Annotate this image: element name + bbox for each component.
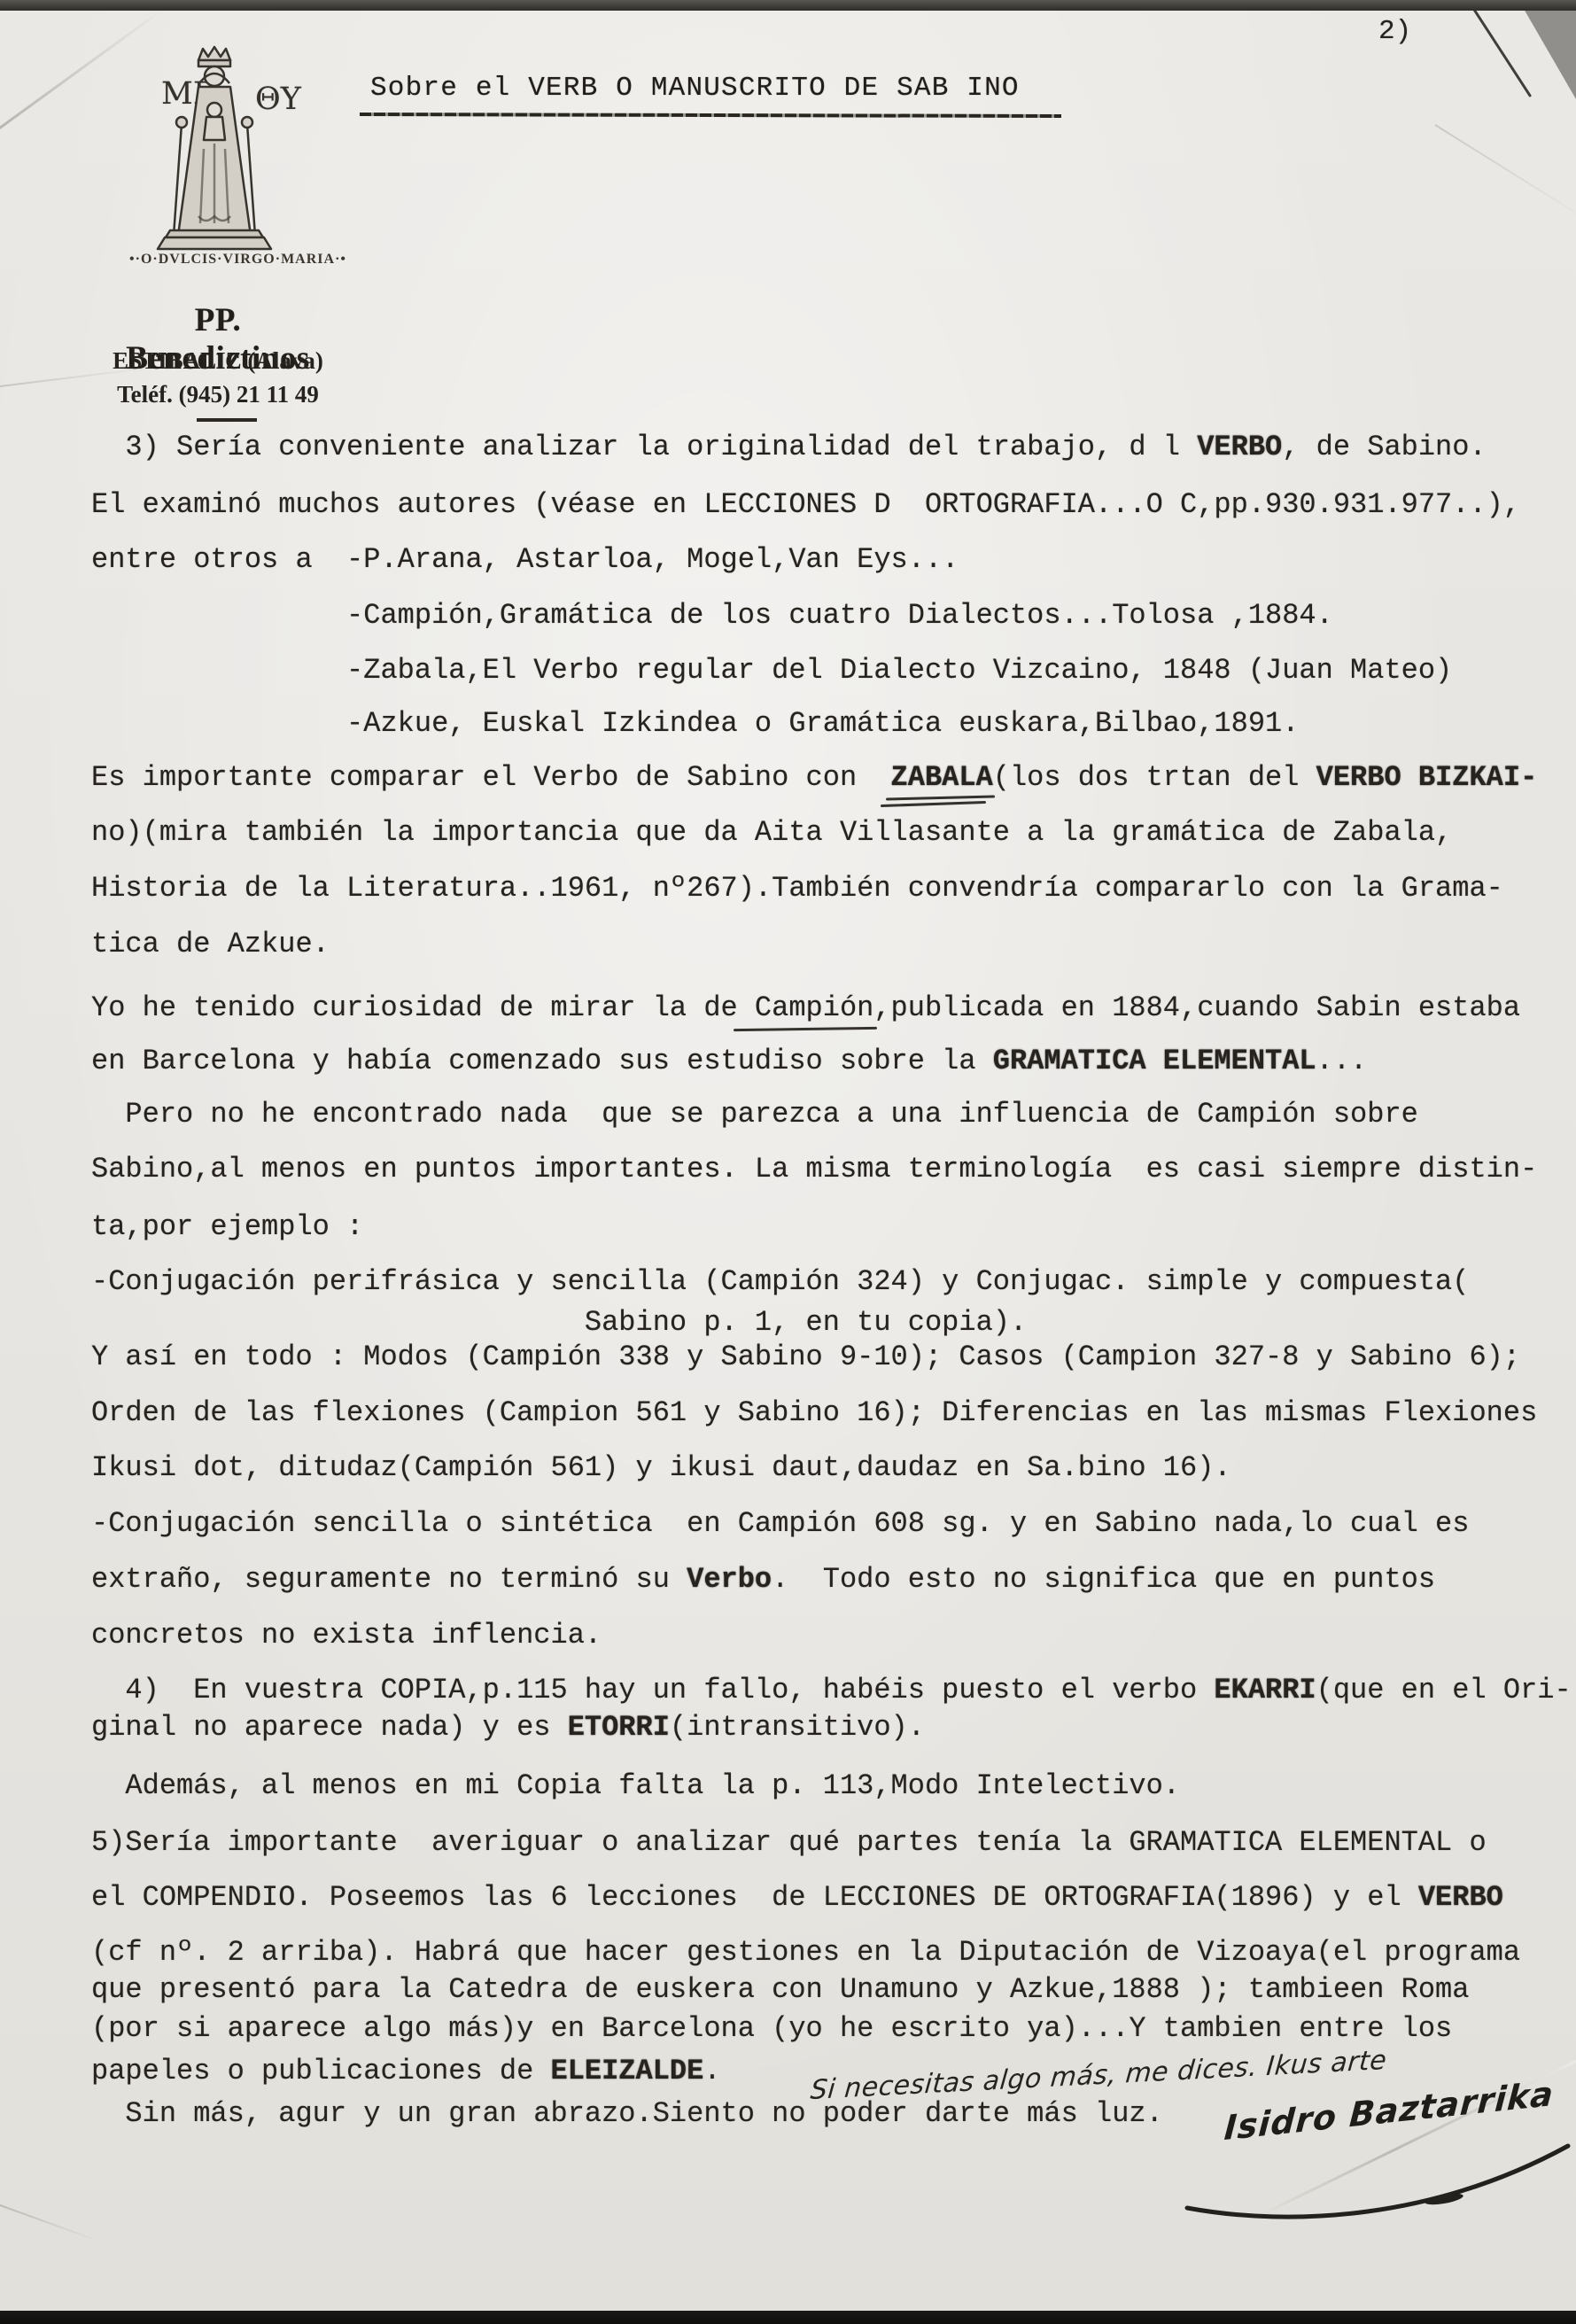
body-line-2: El examinó muchos autores (véase en LECC… xyxy=(91,487,1520,523)
body-line-16: -Conjugación perifrásica y sencilla (Cam… xyxy=(91,1264,1469,1300)
body-line-13: Pero no he encontrado nada que se parezc… xyxy=(91,1097,1418,1132)
madonna-statue-illustration xyxy=(152,43,276,259)
scanner-bottom-edge xyxy=(0,2311,1576,2324)
organization-phone: Teléf. (945) 21 11 49 xyxy=(103,381,333,408)
body-line-17: Sabino p. 1, en tu copia). xyxy=(91,1305,1027,1341)
body-line-5: -Zabala,El Verbo regular del Dialecto Vi… xyxy=(91,653,1452,688)
body-line-15: ta,por ejemplo : xyxy=(91,1209,363,1245)
body-line-33: Sin más, agur y un gran abrazo.Siento no… xyxy=(91,2096,1163,2132)
body-line-26: Además, al menos en mi Copia falta la p.… xyxy=(91,1768,1180,1804)
title-underline xyxy=(360,113,1061,118)
body-line-19: Orden de las flexiones (Campion 561 y Sa… xyxy=(91,1395,1537,1431)
paper-crease xyxy=(0,8,164,135)
scanner-top-edge xyxy=(0,0,1576,11)
body-line-24: 4) En vuestra COPIA,p.115 hay un fallo, … xyxy=(91,1673,1572,1708)
body-line-12: en Barcelona y había comenzado sus estud… xyxy=(91,1044,1367,1079)
page-number: 2) xyxy=(1378,16,1411,47)
body-line-32: papeles o publicaciones de ELEIZALDE. xyxy=(91,2054,721,2089)
body-line-21: -Conjugación sencilla o sintética en Cam… xyxy=(91,1506,1469,1542)
body-line-4: -Campión,Gramática de los cuatro Dialect… xyxy=(91,598,1333,633)
body-line-3: entre otros a -P.Arana, Astarloa, Mogel,… xyxy=(91,542,959,578)
body-line-10: tica de Azkue. xyxy=(91,927,330,962)
paper-crease xyxy=(0,2202,102,2242)
body-line-8: no)(mira también la importancia que da A… xyxy=(91,815,1452,851)
scanned-letter-page: 2) Sobre el VERB O MANUSCRITO DE SAB INO… xyxy=(0,0,1576,2324)
signature-flourish xyxy=(1178,2134,1576,2227)
body-line-9: Historia de la Literatura..1961, nº267).… xyxy=(91,871,1503,906)
body-line-1: 3) Sería conveniente analizar la origina… xyxy=(91,430,1487,465)
body-line-30: que presentó para la Catedra de euskera … xyxy=(91,1972,1469,2008)
body-line-29: (cf nº. 2 arriba). Habrá que hacer gesti… xyxy=(91,1935,1520,1970)
body-line-20: Ikusi dot, ditudaz(Campión 561) y ikusi … xyxy=(91,1450,1231,1486)
body-line-11: Yo he tenido curiosidad de mirar la de C… xyxy=(91,991,1520,1026)
paper-crease xyxy=(1434,124,1576,220)
body-line-31: (por si aparece algo más)y en Barcelona … xyxy=(91,2011,1452,2047)
body-line-7: Es importante comparar el Verbo de Sabin… xyxy=(91,760,1537,796)
body-line-22: extraño, seguramente no terminó su Verbo… xyxy=(91,1562,1435,1597)
body-line-25: ginal no aparece nada) y es ETORRI(intra… xyxy=(91,1710,925,1745)
body-line-6: -Azkue, Euskal Izkindea o Gramática eusk… xyxy=(91,706,1299,742)
body-line-28: el COMPENDIO. Poseemos las 6 lecciones d… xyxy=(91,1880,1503,1916)
organization-place: ESTIBALIZ (Alava) xyxy=(103,347,333,375)
body-line-27: 5)Sería importante averiguar o analizar … xyxy=(91,1825,1487,1861)
doc-title: Sobre el VERB O MANUSCRITO DE SAB INO xyxy=(370,73,1020,104)
page-corner-edge xyxy=(1468,1,1532,97)
body-line-23: concretos no exista inflencia. xyxy=(91,1618,602,1653)
body-line-14: Sabino,al menos en puntos importantes. L… xyxy=(91,1152,1537,1187)
letterhead-rule xyxy=(197,418,257,422)
body-line-18: Y así en todo : Modos (Campión 338 y Sab… xyxy=(91,1340,1520,1375)
